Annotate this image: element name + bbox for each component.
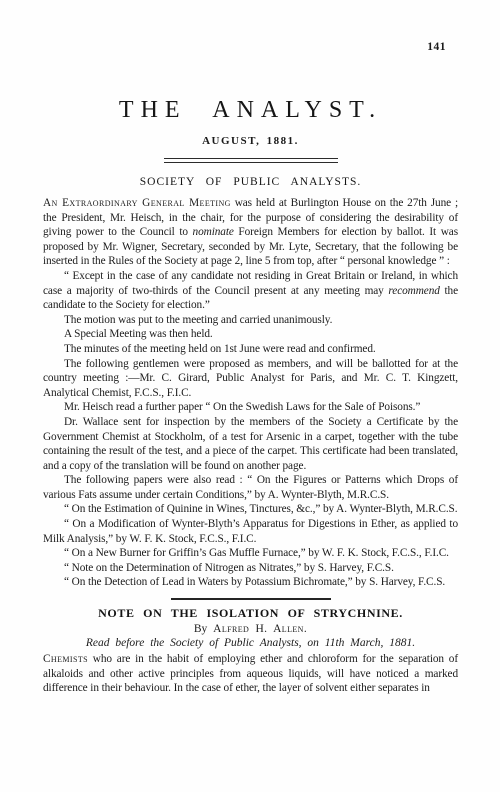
society-paragraph: The following gentlemen were proposed as… — [43, 357, 458, 401]
article-title: NOTE ON THE ISOLATION OF STRYCHNINE. — [43, 606, 458, 621]
paper-title-item: “ On a Modification of Wynter-Blyth’s Ap… — [43, 517, 458, 546]
paper-title-item: “ On the Detection of Lead in Waters by … — [43, 575, 458, 590]
society-paragraph: The following papers were also read : “ … — [43, 473, 458, 502]
society-paragraph: A Special Meeting was then held. — [43, 327, 458, 342]
article-byline: By Alfred H. Allen. — [43, 622, 458, 636]
section-divider — [171, 598, 331, 600]
society-paragraph: The minutes of the meeting held on 1st J… — [43, 342, 458, 357]
article-presentation-note: Read before the Society of Public Analys… — [43, 636, 458, 650]
article-body: Chemists who are in the habit of employi… — [43, 652, 458, 696]
issue-date: AUGUST, 1881. — [43, 135, 458, 148]
society-paragraph-quote: “ Except in the case of any candidate no… — [43, 269, 458, 313]
society-section-body: An Extraordinary General Meeting was hel… — [43, 196, 458, 590]
society-paragraph: Mr. Heisch read a further paper “ On the… — [43, 400, 458, 415]
page-content: THE ANALYST. AUGUST, 1881. SOCIETY OF PU… — [43, 0, 458, 696]
society-section-heading: SOCIETY OF PUBLIC ANALYSTS. — [43, 175, 458, 189]
article-paragraph: Chemists who are in the habit of employi… — [43, 652, 458, 696]
paper-title-item: “ Note on the Determination of Nitrogen … — [43, 561, 458, 576]
journal-page: 141 THE ANALYST. AUGUST, 1881. SOCIETY O… — [0, 0, 500, 792]
society-paragraph: The motion was put to the meeting and ca… — [43, 313, 458, 328]
double-rule — [164, 158, 338, 163]
society-paragraph: An Extraordinary General Meeting was hel… — [43, 196, 458, 269]
journal-title: THE ANALYST. — [43, 97, 458, 123]
society-paragraph: Dr. Wallace sent for inspection by the m… — [43, 415, 458, 473]
paper-title-item: “ On a New Burner for Griffin’s Gas Muff… — [43, 546, 458, 561]
paper-title-item: “ On the Estimation of Quinine in Wines,… — [43, 502, 458, 517]
